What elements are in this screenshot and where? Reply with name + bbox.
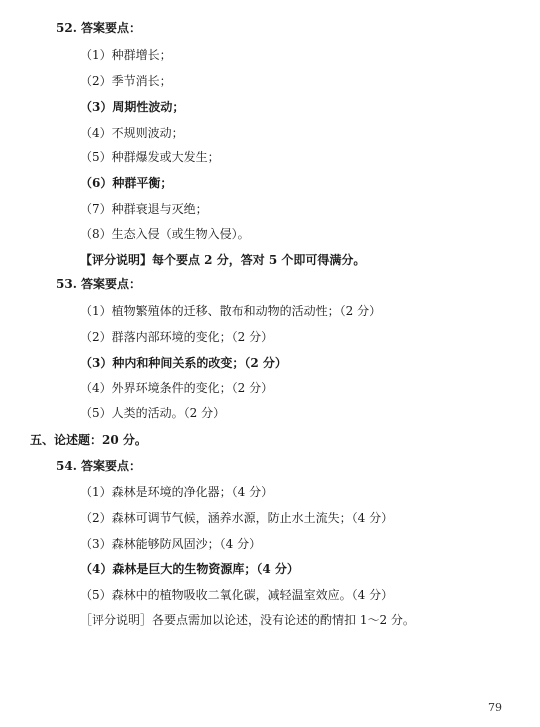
q52-heading: 52. 答案要点： <box>56 20 141 36</box>
q54-item-3: （3）森林能够防风固沙；（4 分） <box>80 536 261 552</box>
q52-item-7: （7）种群衰退与灭绝； <box>80 201 208 217</box>
q52-item-8: （8）生态入侵（或生物入侵）。 <box>80 226 250 242</box>
q53-item-5: （5）人类的活动。（2 分） <box>80 405 225 421</box>
page-number: 79 <box>488 701 502 714</box>
q52-scoring-note: 【评分说明】每个要点 2 分，答对 5 个即可得满分。 <box>80 252 365 268</box>
q54-item-4: （4）森林是巨大的生物资源库；（4 分） <box>80 561 299 577</box>
q54-item-1: （1）森林是环境的净化器；（4 分） <box>80 484 273 500</box>
section-5-heading: 五、论述题：20 分。 <box>30 432 147 448</box>
q54-item-2: （2）森林可调节气候，涵养水源，防止水土流失；（4 分） <box>80 510 393 526</box>
q52-item-5: （5）种群爆发或大发生； <box>80 149 220 165</box>
q52-item-1: （1）种群增长； <box>80 47 172 63</box>
q54-heading: 54. 答案要点： <box>56 458 141 474</box>
q53-item-4: （4）外界环境条件的变化；（2 分） <box>80 380 273 396</box>
q52-item-6: （6）种群平衡； <box>80 175 172 191</box>
q53-item-1: （1）植物繁殖体的迁移、散布和动物的活动性；（2 分） <box>80 303 381 319</box>
q53-heading: 53. 答案要点： <box>56 276 141 292</box>
q52-item-2: （2）季节消长； <box>80 73 172 89</box>
q52-item-3: （3）周期性波动； <box>80 99 184 115</box>
q54-item-5: （5）森林中的植物吸收二氧化碳，减轻温室效应。（4 分） <box>80 587 393 603</box>
q52-item-4: （4）不规则波动； <box>80 125 184 141</box>
q53-item-2: （2）群落内部环境的变化；（2 分） <box>80 329 273 345</box>
q54-scoring-note: ［评分说明］各要点需加以论述，没有论述的酌情扣 1～2 分。 <box>80 612 415 628</box>
q53-item-3: （3）种内和种间关系的改变；（2 分） <box>80 355 287 371</box>
